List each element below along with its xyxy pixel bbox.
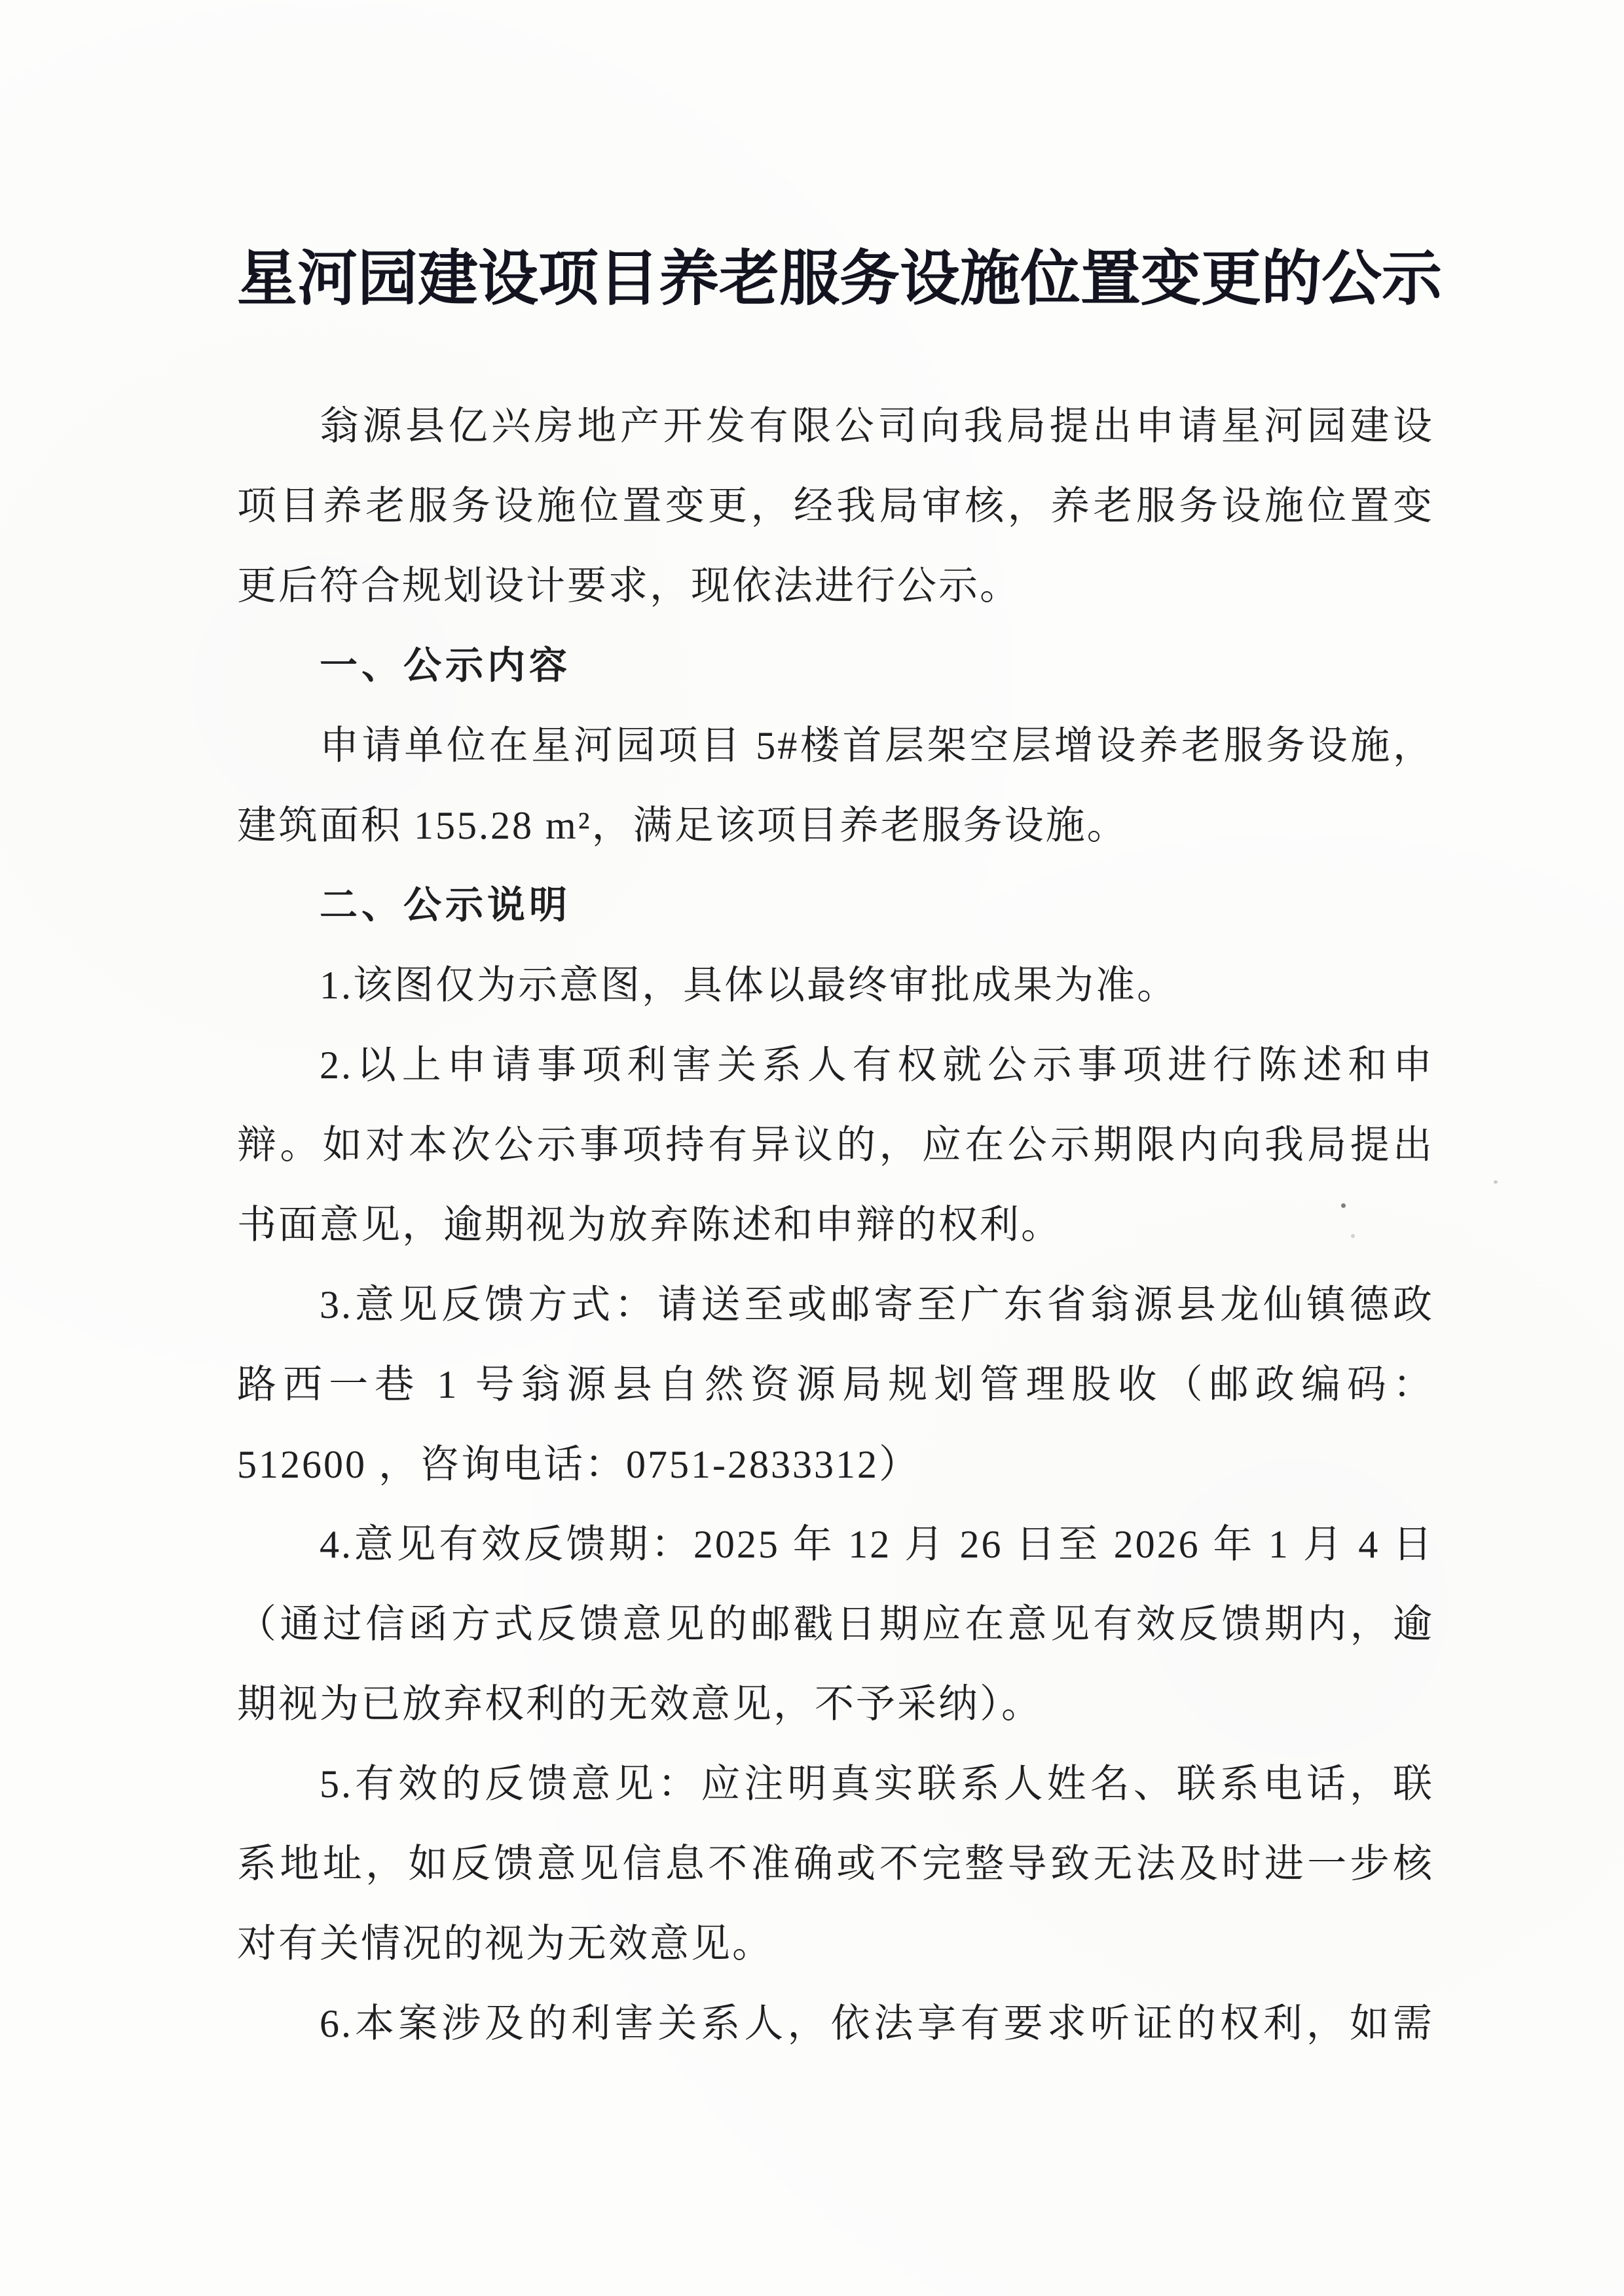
notice-title: 星河园建设项目养老服务设施位置变更的公示: [237, 236, 1434, 322]
text-line: 建筑面积 155.28 m²，满足该项目养老服务设施。: [237, 786, 1434, 866]
text-line: 系地址，如反馈意见信息不准确或不完整导致无法及时进一步核: [237, 1824, 1434, 1904]
text-line: 申请单位在星河园项目 5#楼首层架空层增设养老服务设施，: [237, 706, 1434, 786]
scan-noise-speck: [1351, 1234, 1355, 1238]
text-line: 512600 ，咨询电话：0751-2833312）: [237, 1425, 1434, 1504]
list-item-3: 3.意见反馈方式：请送至或邮寄至广东省翁源县龙仙镇德政: [237, 1265, 1434, 1345]
list-item-4: 4.意见有效反馈期：2025 年 12 月 26 日至 2026 年 1 月 4…: [237, 1504, 1434, 1584]
text-line: 辩。如对本次公示事项持有异议的，应在公示期限内向我局提出: [237, 1105, 1434, 1185]
section-heading-1: 一、公示内容: [237, 626, 1434, 706]
notice-body: 翁源县亿兴房地产开发有限公司向我局提出申请星河园建设 项目养老服务设施位置变更，…: [237, 386, 1434, 2064]
list-item-1: 1.该图仅为示意图，具体以最终审批成果为准。: [237, 945, 1434, 1025]
scanned-notice-page: 星河园建设项目养老服务设施位置变更的公示 翁源县亿兴房地产开发有限公司向我局提出…: [0, 0, 1624, 2296]
text-line: 对有关情况的视为无效意见。: [237, 1904, 1434, 1984]
text-line: 项目养老服务设施位置变更，经我局审核，养老服务设施位置变: [237, 466, 1434, 546]
list-item-5: 5.有效的反馈意见：应注明真实联系人姓名、联系电话，联: [237, 1744, 1434, 1824]
text-line: 翁源县亿兴房地产开发有限公司向我局提出申请星河园建设: [237, 386, 1434, 466]
scan-noise-speck: [864, 570, 867, 575]
text-line: 更后符合规划设计要求，现依法进行公示。: [237, 546, 1434, 626]
list-item-2: 2.以上申请事项利害关系人有权就公示事项进行陈述和申: [237, 1025, 1434, 1105]
text-line: 期视为已放弃权利的无效意见，不予采纳）。: [237, 1664, 1434, 1744]
scan-noise-speck: [1341, 1203, 1346, 1208]
text-line: （通过信函方式反馈意见的邮戳日期应在意见有效反馈期内，逾: [237, 1584, 1434, 1664]
list-item-6: 6.本案涉及的利害关系人，依法享有要求听证的权利，如需: [237, 1984, 1434, 2064]
text-line: 书面意见，逾期视为放弃陈述和申辩的权利。: [237, 1185, 1434, 1265]
section-heading-2: 二、公示说明: [237, 866, 1434, 945]
text-line: 路西一巷 1 号翁源县自然资源局规划管理股收（邮政编码：: [237, 1345, 1434, 1425]
scan-noise-speck: [1494, 1180, 1498, 1184]
